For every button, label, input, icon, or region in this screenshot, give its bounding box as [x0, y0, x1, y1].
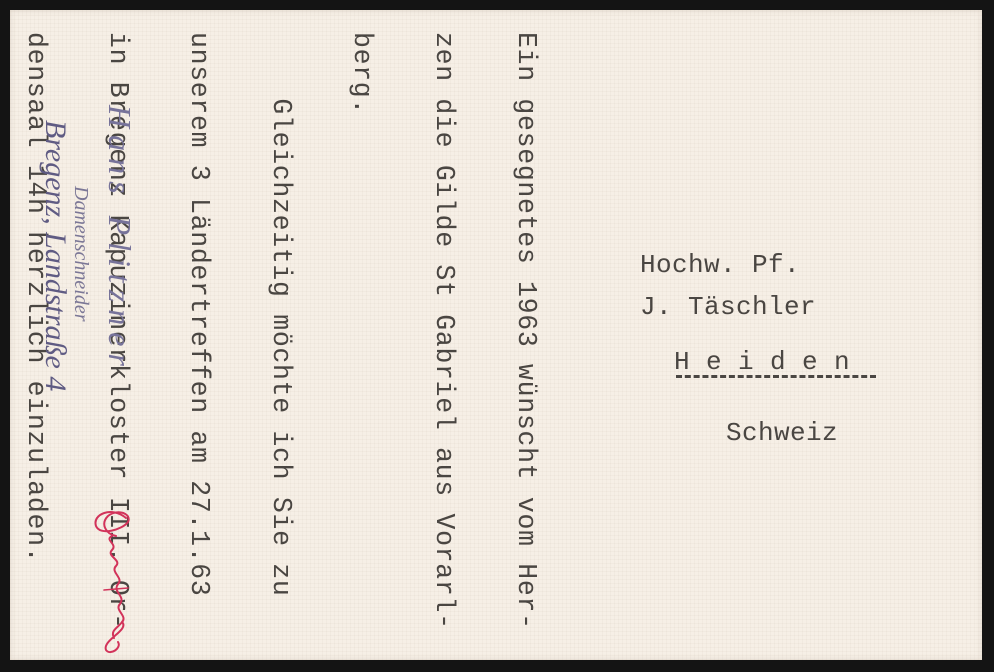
sender-stamp-name: Hans Plitzner: [101, 105, 138, 373]
recipient-city: H e i d e n: [674, 347, 850, 377]
message-line: berg.: [348, 32, 375, 672]
recipient-title: Hochw. Pf.: [640, 250, 800, 280]
message-line: Gleichzeitig möchte ich Sie zu: [267, 32, 294, 672]
sender-stamp-trade: Damenschneider: [69, 186, 92, 322]
city-underline: [676, 375, 876, 381]
message-line: unserem 3 Ländertreffen am 27.1.63: [185, 32, 212, 672]
message-line: Ein gesegnetes 1963 wünscht vom Her-: [511, 32, 538, 672]
signature-icon: [82, 500, 142, 660]
postcard: Ein gesegnetes 1963 wünscht vom Her- zen…: [10, 10, 982, 660]
sender-stamp-address: Bregenz, Landstraße 4: [38, 120, 72, 391]
recipient-country: Schweiz: [726, 418, 838, 448]
recipient-name: J. Täschler: [640, 292, 816, 322]
message-line: zen die Gilde St Gabriel aus Vorarl-: [430, 32, 457, 672]
